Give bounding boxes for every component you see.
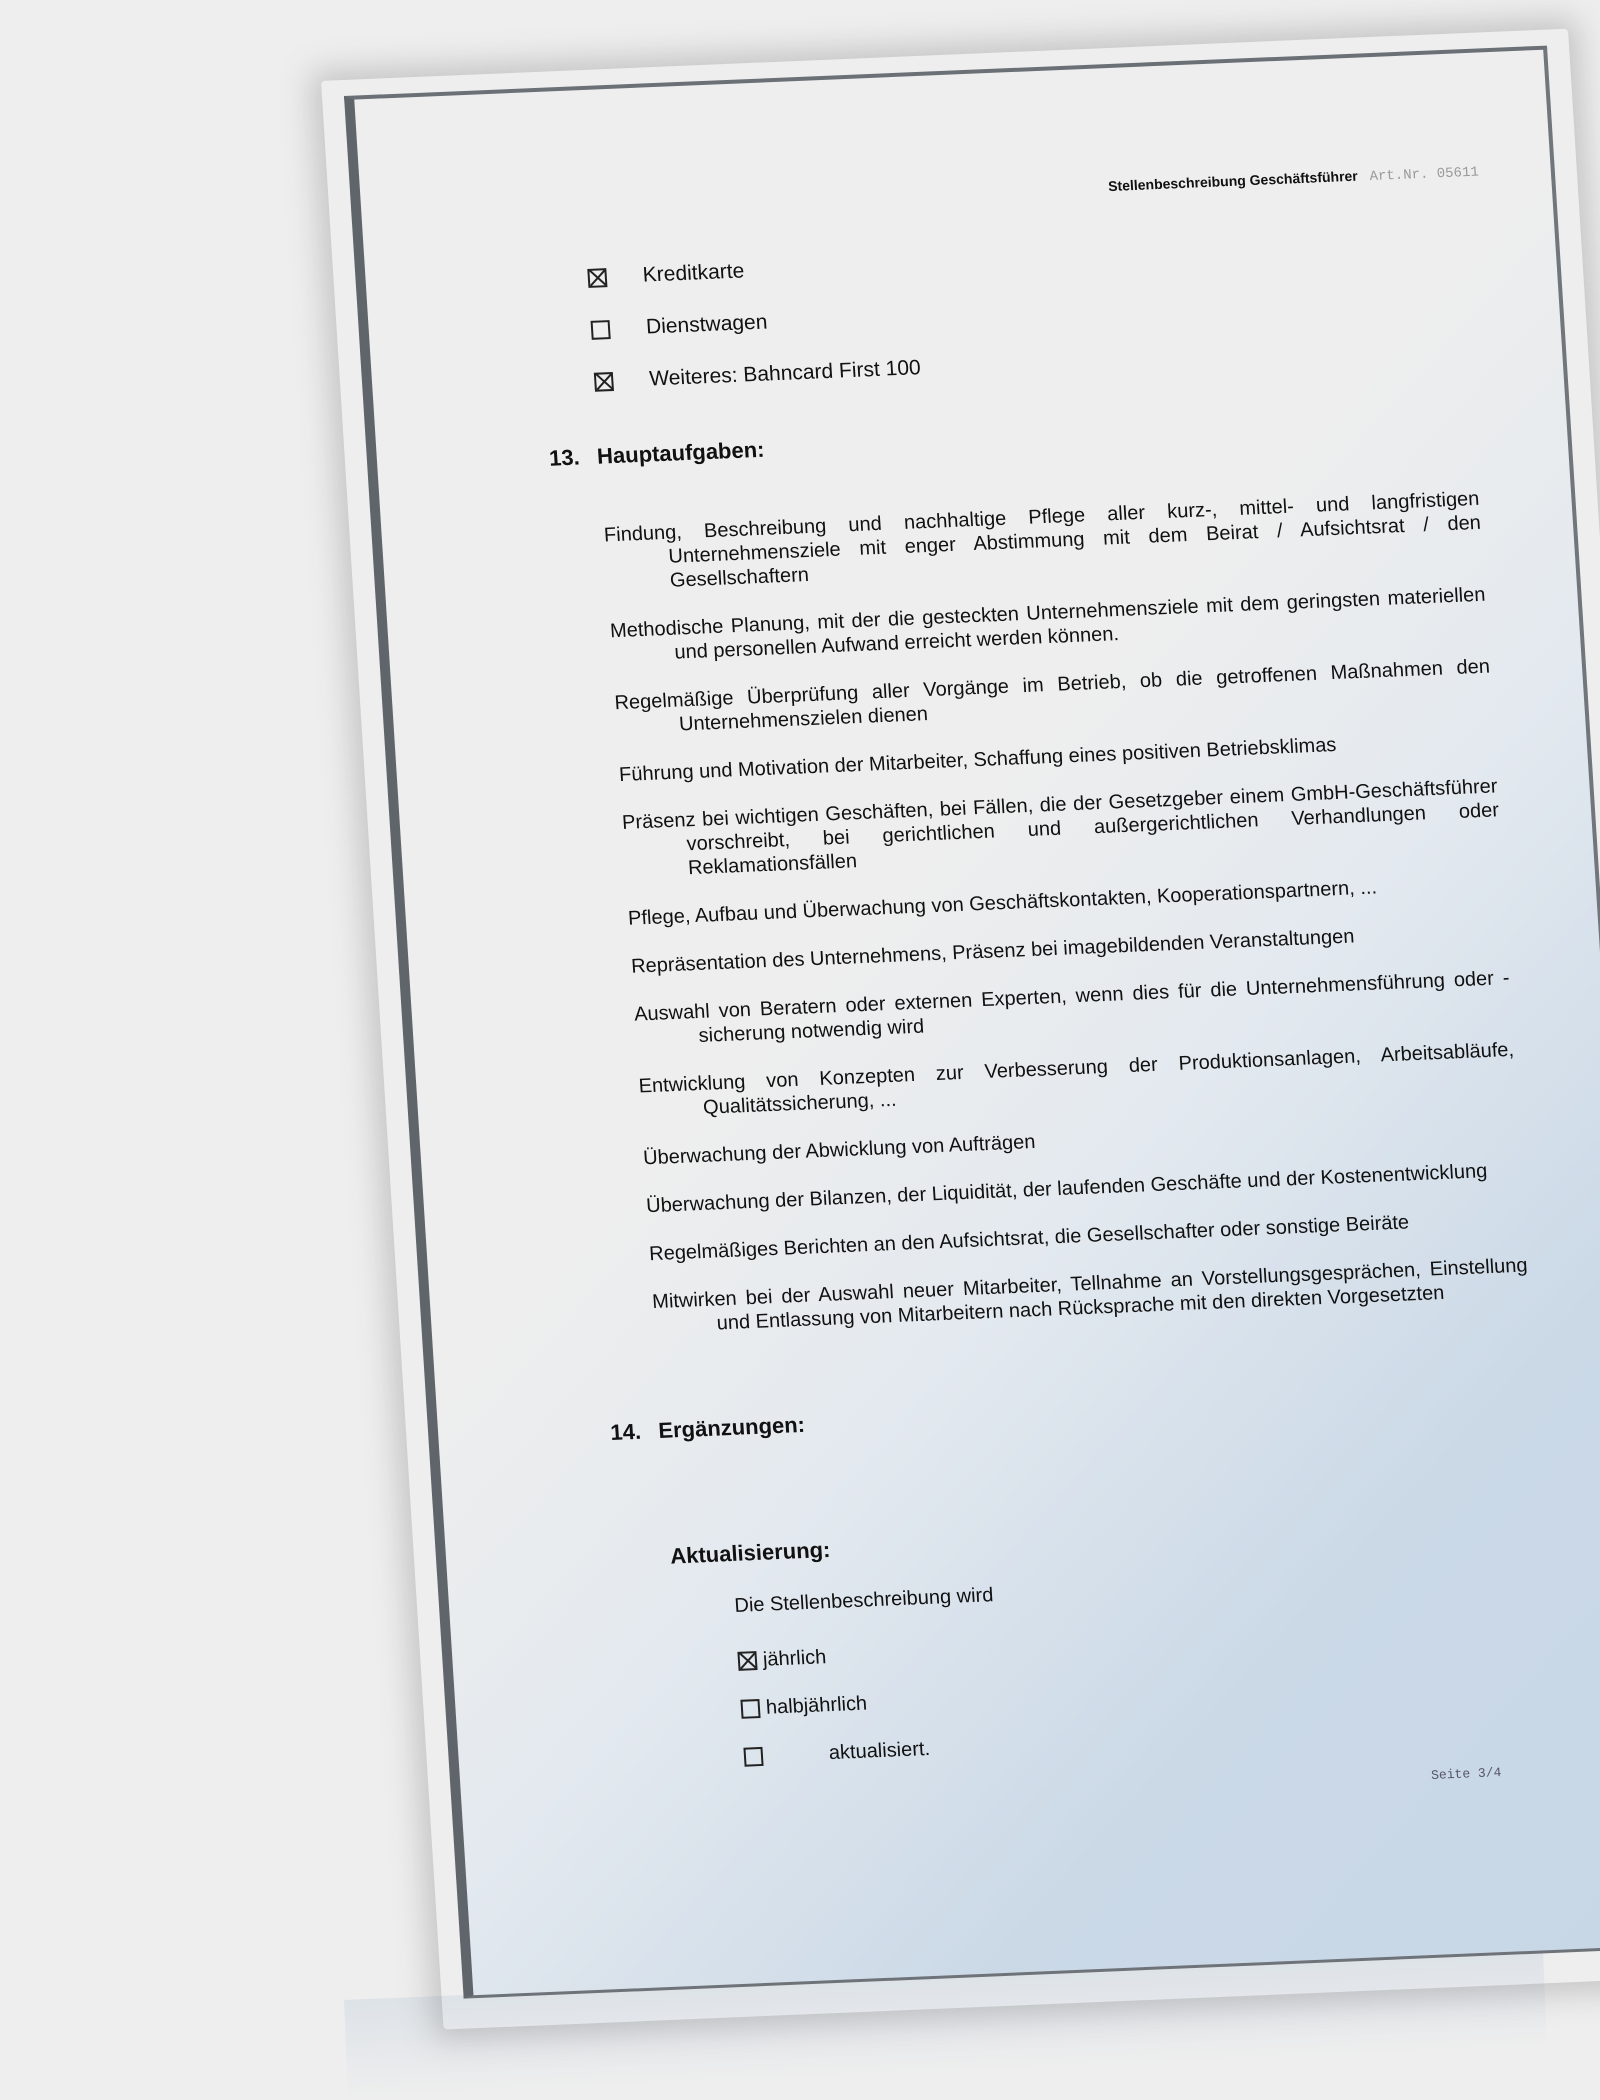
task-item: Pflege, Aufbau und Überwachung von Gesch… [627, 870, 1504, 931]
perk-label: Dienstwagen [645, 310, 768, 339]
task-list: Findung, Beschreibung und nachhaltige Pf… [602, 467, 1531, 1362]
option-label: aktualisiert. [828, 1737, 931, 1764]
section-number: 13. [548, 444, 598, 472]
task-item: Präsenz bei wichtigen Geschäften, bei Fä… [621, 774, 1501, 883]
task-item: Auswahl von Beratern oder externen Exper… [633, 966, 1511, 1051]
task-item: Methodische Planung, mit der die gesteck… [609, 583, 1487, 668]
task-item: Regelmäßiges Berichten an den Aufsichtsr… [649, 1206, 1526, 1267]
page-number: Seite 3/4 [1431, 1765, 1502, 1783]
option-jaehrlich: jährlich [736, 1629, 925, 1685]
task-item: Führung und Motivation der Mitarbeiter, … [618, 726, 1495, 787]
task-item: Überwachung der Bilanzen, der Liquidität… [646, 1158, 1523, 1219]
task-item: Findung, Beschreibung und nachhaltige Pf… [603, 487, 1483, 596]
section-number: 14. [610, 1418, 660, 1446]
section-heading-hauptaufgaben: 13. Hauptaufgaben: [548, 437, 765, 472]
option-halbjaehrlich: halbjährlich [739, 1677, 928, 1733]
section-title: Ergänzungen: [658, 1412, 806, 1444]
option-label: halbjährlich [765, 1692, 868, 1719]
aktualisierung-heading: Aktualisierung: [669, 1537, 831, 1570]
perk-checklist: Kreditkarte Dienstwagen Weiteres: Bahnca… [586, 238, 922, 407]
option-custom: aktualisiert. [742, 1725, 931, 1781]
option-label: jährlich [762, 1646, 827, 1672]
checkbox-checked-icon[interactable] [737, 1651, 757, 1671]
task-item: Überwachung der Abwicklung von Aufträgen [642, 1110, 1519, 1171]
checkbox-checked-icon[interactable] [594, 371, 614, 391]
aktualisierung-intro: Die Stellenbeschreibung wird [734, 1584, 994, 1618]
task-item: Regelmäßige Überprüfung aller Vorgänge i… [614, 655, 1492, 740]
checkbox-unchecked-icon[interactable] [740, 1699, 760, 1719]
task-item: Entwicklung von Konzepten zur Verbesseru… [638, 1038, 1516, 1123]
checkbox-unchecked-icon[interactable] [591, 320, 611, 340]
section-title: Hauptaufgaben: [596, 437, 765, 470]
perk-label: Kreditkarte [642, 259, 745, 287]
document-title: Stellenbeschreibung Geschäftsführer [1108, 168, 1359, 194]
page-header: Stellenbeschreibung Geschäftsführer Art.… [1108, 163, 1480, 196]
document-page: Stellenbeschreibung Geschäftsführer Art.… [344, 46, 1600, 1999]
page-sheet: Stellenbeschreibung Geschäftsführer Art.… [344, 46, 1600, 1999]
section-heading-ergaenzungen: 14. Ergänzungen: [610, 1412, 806, 1446]
checkbox-checked-icon[interactable] [587, 268, 607, 288]
task-item: Mitwirken bei der Auswahl neuer Mitarbei… [652, 1253, 1530, 1338]
task-item: Repräsentation des Unternehmens, Präsenz… [630, 918, 1507, 979]
aktualisierung-options: jährlich halbjährlich aktualisiert. [736, 1629, 931, 1781]
perk-label: Weiteres: Bahncard First 100 [649, 356, 922, 391]
checkbox-unchecked-icon[interactable] [743, 1746, 763, 1766]
article-number: Art.Nr. 05611 [1369, 165, 1479, 186]
